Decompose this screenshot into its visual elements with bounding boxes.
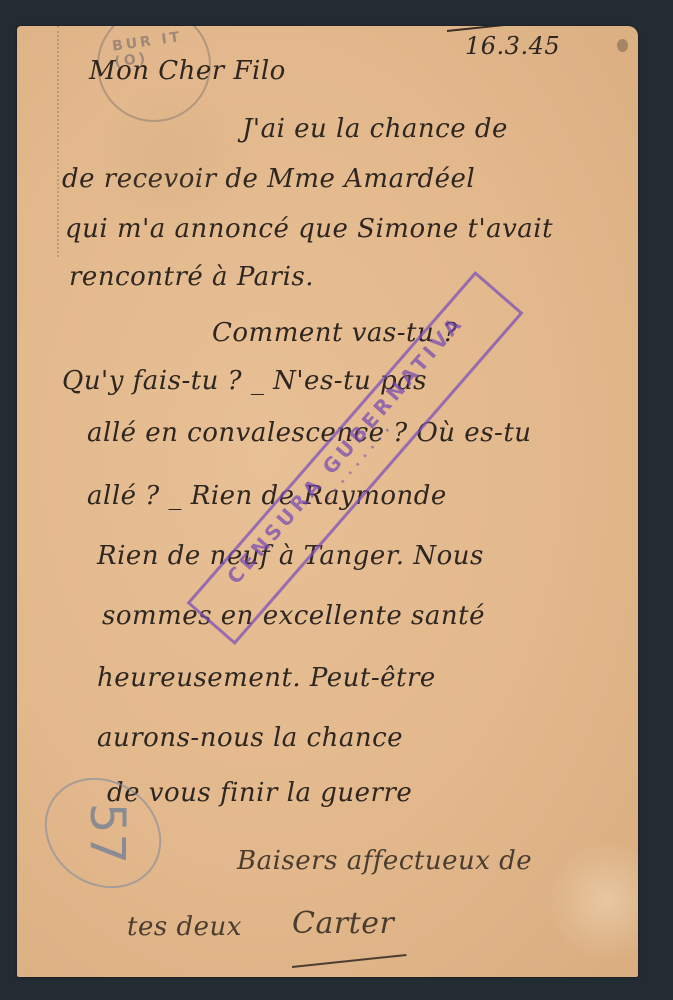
signature-underline: [292, 954, 407, 968]
letter-line-4: rencontré à Paris.: [69, 262, 314, 292]
letter-line-8: allé ? _ Rien de Raymonde: [87, 481, 447, 511]
letter-line-1: J'ai eu la chance de: [242, 114, 508, 144]
postcard: BUR IT (O) 16.3.45 Mon Cher Filo J'ai eu…: [17, 26, 638, 977]
punch-hole: [617, 39, 628, 52]
letter-closing: Baisers affectueux de: [237, 846, 532, 876]
perforation-line: [57, 26, 59, 257]
letter-line-2: de recevoir de Mme Amardéel: [62, 164, 475, 194]
date-stroke: [447, 26, 601, 31]
letter-line-12: aurons-nous la chance: [97, 723, 403, 753]
signature-prefix: tes deux: [127, 912, 242, 942]
pencil-number: 57: [79, 803, 135, 864]
letter-line-3: qui m'a annoncé que Simone t'avait: [65, 214, 553, 244]
signature-name: Carter: [292, 906, 394, 941]
letter-line-7: allé en convalescence ? Où es-tu: [87, 418, 532, 448]
letter-line-10: sommes en excellente santé: [102, 601, 485, 631]
censor-stamp-line-2: ·········: [220, 303, 501, 623]
letter-line-11: heureusement. Peut-être: [97, 663, 436, 693]
letter-greeting: Mon Cher Filo: [89, 56, 286, 86]
letter-date: 16.3.45: [465, 32, 560, 60]
letter-line-13: de vous finir la guerre: [107, 778, 412, 808]
